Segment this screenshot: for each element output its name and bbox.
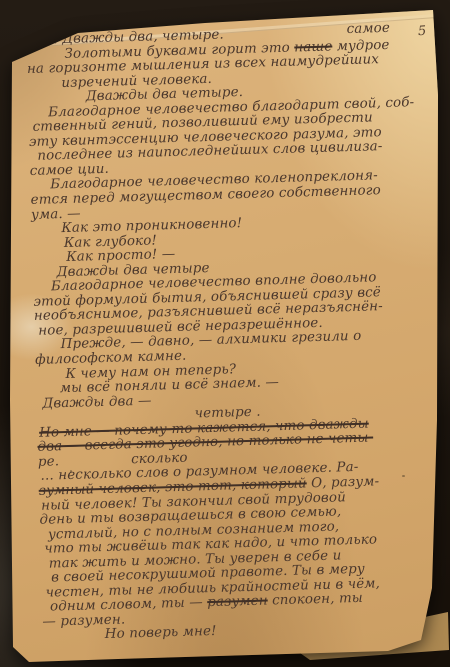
paper-shadow-wrap: 5 … Дважды два, четыре.самоеЗолотыми бук…	[0, 0, 450, 667]
handwritten-text: Но поверь мне!	[105, 624, 217, 642]
manuscript-page: 5 … Дважды два, четыре.самоеЗолотыми бук…	[0, 0, 450, 667]
inserted-word: самое	[346, 22, 390, 38]
ink-speck	[63, 27, 66, 30]
photo-background: 5 … Дважды два, четыре.самоеЗолотыми бук…	[0, 0, 450, 667]
handwritten-text: О, разум-	[307, 474, 380, 491]
ink-speck	[230, 16, 232, 18]
manuscript-lines: … Дважды два, четыре.самоеЗолотыми буква…	[26, 23, 445, 645]
handwritten-text: мудрое	[332, 37, 390, 54]
struck-text: разумен	[207, 594, 268, 611]
struck-text: наше	[294, 39, 332, 55]
handwritten-text: ре.	[38, 454, 60, 470]
